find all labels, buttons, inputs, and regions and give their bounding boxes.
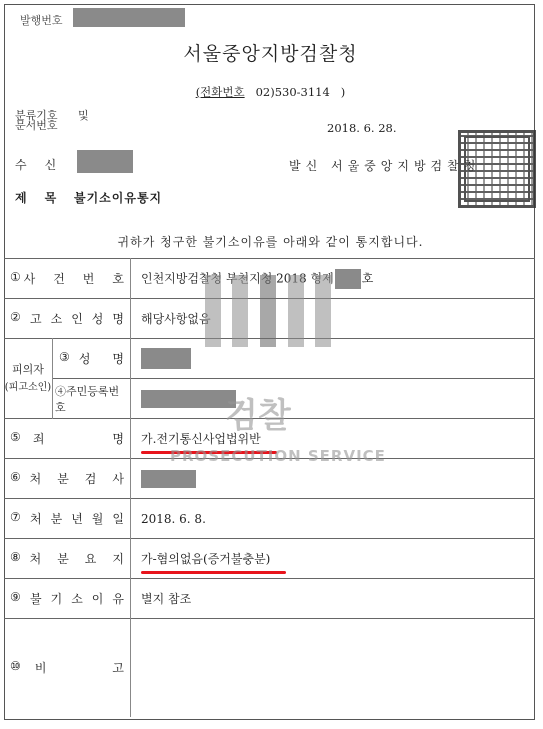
issue-number-label: 발행번호 <box>20 12 63 28</box>
table-row: ⑦처분년월일 2018. 6. 8. <box>4 499 535 539</box>
row-label: ①사건번호 <box>4 259 131 299</box>
row-label: ⑨불기소이유 <box>4 579 131 619</box>
remarks-value <box>131 619 536 717</box>
row-label: ⑩비고 <box>4 619 131 717</box>
official-seal-icon <box>458 130 536 208</box>
notice-text: 귀하가 청구한 불기소이유를 아래와 같이 통지합니다. <box>5 233 536 250</box>
table-row: ⑨불기소이유 별지 참조 <box>4 579 535 619</box>
row-label: ③성명 <box>53 339 131 379</box>
non-indictment-reason-value: 별지 참조 <box>131 579 536 619</box>
subject: 불기소이유통지 <box>74 189 162 206</box>
classification-line2: 문서번호 <box>15 121 58 131</box>
row-label: ⑤죄명 <box>4 419 131 459</box>
document-date: 2018. 6. 28. <box>327 121 397 135</box>
subject-label: 제목 <box>15 189 74 206</box>
organization-title: 서울중앙지방검찰청 <box>5 39 536 66</box>
charge-value: 가.전기통신사업법위반 <box>131 419 536 459</box>
redacted-issue-number <box>73 8 185 27</box>
phone-number: 02)530-3114 <box>256 85 330 99</box>
classification-label: 분류기호 문서번호 및 <box>15 111 58 131</box>
classification-and: 및 <box>78 111 89 121</box>
table-row: ⑤죄명 가.전기통신사업법위반 <box>4 419 535 459</box>
table-row: ⑩비고 <box>4 619 535 717</box>
row-label: ④주민등록번호 <box>53 379 131 419</box>
highlighted-disposition: 가-혐의없음(증거불충분) <box>141 550 270 567</box>
resident-number-value <box>131 379 536 419</box>
table-row: ①사건번호 인천지방검찰청 부천지청 2018 형제호 <box>4 259 535 299</box>
disposition-date-value: 2018. 6. 8. <box>131 499 536 539</box>
row-label: ②고소인성명 <box>4 299 131 339</box>
table-row: 피의자(피고소인) ③성명 <box>4 339 535 379</box>
sender: 발신 서울중앙지방검찰청 <box>289 157 480 174</box>
prosecutor-value <box>131 459 536 499</box>
table-row: ⑧처분요지 가-혐의없음(증거불충분) <box>4 539 535 579</box>
row-label: ⑦처분년월일 <box>4 499 131 539</box>
highlighted-charge: 가.전기통신사업법위반 <box>141 430 261 447</box>
row-label: ⑥처분검사 <box>4 459 131 499</box>
case-number-value: 인천지방검찰청 부천지청 2018 형제호 <box>131 259 536 299</box>
table-row: ④주민등록번호 <box>4 379 535 419</box>
complainant-value: 해당사항없음 <box>131 299 536 339</box>
suspect-name-value <box>131 339 536 379</box>
table-row: ②고소인성명 해당사항없음 <box>4 299 535 339</box>
table-row: ⑥처분검사 <box>4 459 535 499</box>
phone-line: (전화번호 02)530-3114 ) <box>5 84 536 100</box>
phone-close: ) <box>341 85 346 99</box>
row-label: ⑧처분요지 <box>4 539 131 579</box>
notice-form-table: ①사건번호 인천지방검찰청 부천지청 2018 형제호 ②고소인성명 해당사항없… <box>4 258 535 717</box>
phone-label: (전화번호 <box>196 85 245 99</box>
redacted-recipient <box>77 150 133 173</box>
disposition-summary-value: 가-혐의없음(증거불충분) <box>131 539 536 579</box>
suspect-group-label: 피의자(피고소인) <box>4 339 53 419</box>
recipient-label: 수신 <box>15 156 74 173</box>
